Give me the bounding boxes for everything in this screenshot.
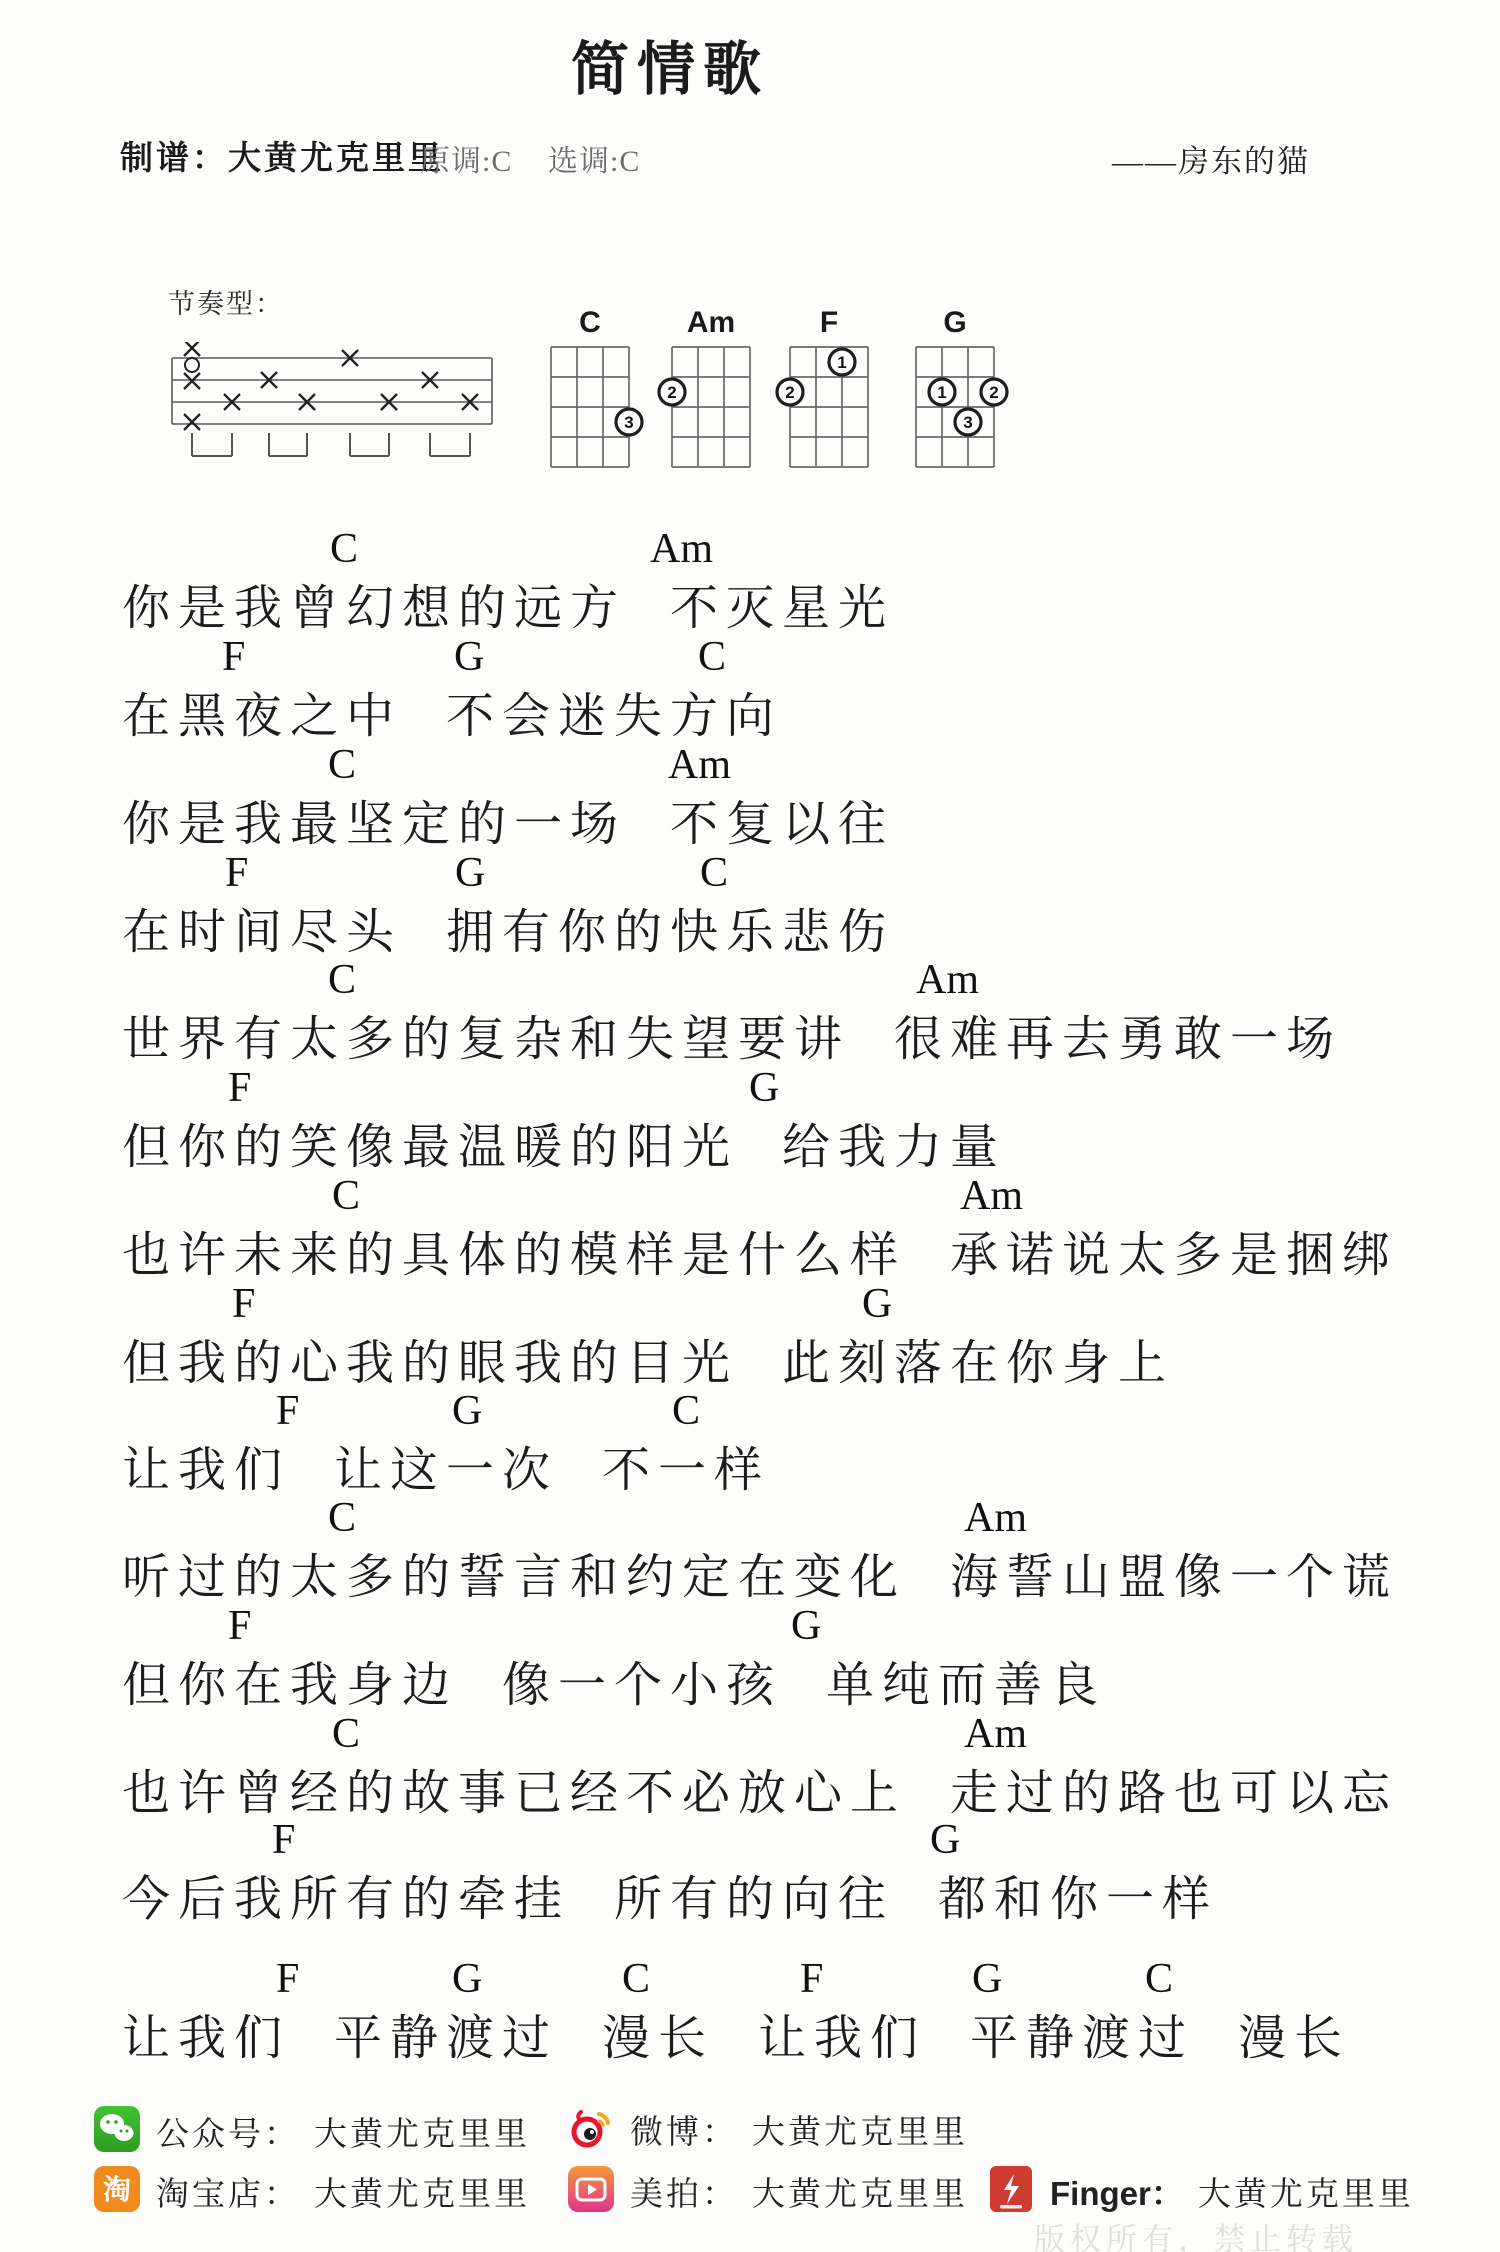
lyric-line-8: 但我的心我的眼我的目光 此刻落在你身上 bbox=[122, 1324, 1174, 1393]
footer-item-weibo: 微博：大黄尤克里里 bbox=[566, 2102, 968, 2157]
chord-diagram-F: F12 bbox=[770, 306, 895, 486]
footer-platform-label: 淘宝店： bbox=[156, 2177, 300, 2213]
lyric-line-4: 在时间尽头 拥有你的快乐悲伤 bbox=[122, 893, 894, 962]
taobao-icon: 淘 bbox=[92, 2164, 142, 2214]
footer-platform-label: 公众号： bbox=[156, 2117, 300, 2153]
finger-number: 1 bbox=[837, 353, 846, 372]
weibo-icon bbox=[566, 2102, 616, 2157]
meipai-icon bbox=[566, 2164, 616, 2214]
lyric-line-11: 但你在我身边 像一个小孩 单纯而善良 bbox=[122, 1646, 1106, 1715]
chord-diagram-Am: Am2 bbox=[652, 306, 777, 486]
chord-label: F bbox=[272, 1816, 295, 1864]
finger-icon bbox=[986, 2164, 1036, 2214]
chord-label: C bbox=[622, 1955, 650, 2003]
watermark: 版权所有，禁止转载 bbox=[1034, 2214, 1358, 2252]
footer-item-text: 美拍：大黄尤克里里 bbox=[630, 2168, 968, 2215]
chord-label: Am bbox=[650, 525, 713, 573]
chord-diagram-svg: F12 bbox=[770, 306, 895, 481]
finger-number: 2 bbox=[989, 383, 998, 402]
chord-label: G bbox=[452, 1955, 482, 2003]
footer-item-text: Finger：大黄尤克里里 bbox=[1050, 2168, 1414, 2215]
chord-label: F bbox=[222, 633, 245, 681]
chord-label: F bbox=[225, 849, 248, 897]
footer-item-text: 淘宝店：大黄尤克里里 bbox=[156, 2168, 530, 2215]
chord-label: G bbox=[930, 1816, 960, 1864]
lyric-line-14: 让我们 平静渡过 漫长 让我们 平静渡过 漫长 bbox=[122, 1999, 1350, 2068]
chord-label: F bbox=[232, 1280, 255, 1328]
wechat-icon bbox=[92, 2104, 142, 2159]
producer-credit: 制谱：大黄尤克里里 bbox=[120, 132, 444, 179]
chord-diagram-svg: C3 bbox=[531, 306, 656, 481]
chord-label: G bbox=[455, 849, 485, 897]
song-title: 简情歌 bbox=[0, 22, 1340, 106]
finger-number: 3 bbox=[624, 413, 633, 432]
chord-label: F bbox=[800, 1955, 823, 2003]
finger-icon bbox=[986, 2164, 1036, 2219]
chord-label: Am bbox=[668, 741, 731, 789]
chord-diagram-title: G bbox=[943, 306, 966, 339]
finger-number: 2 bbox=[667, 383, 676, 402]
chord-label: Am bbox=[964, 1710, 1027, 1758]
chord-label: C bbox=[700, 849, 728, 897]
artist-credit: ——房东的猫 bbox=[1112, 136, 1310, 181]
chord-diagram-svg: Am2 bbox=[652, 306, 777, 481]
chord-label: C bbox=[672, 1387, 700, 1435]
chord-label: G bbox=[862, 1280, 892, 1328]
chord-label: G bbox=[791, 1602, 821, 1650]
chord-label: G bbox=[452, 1387, 482, 1435]
finger-number: 1 bbox=[937, 383, 946, 402]
lyric-line-5: 世界有太多的复杂和失望要讲 很难再去勇敢一场 bbox=[122, 1000, 1342, 1069]
lyric-line-12: 也许曾经的故事已经不必放心上 走过的路也可以忘 bbox=[122, 1754, 1398, 1823]
chord-label: F bbox=[228, 1602, 251, 1650]
chord-sheet-page: 简情歌 制谱：大黄尤克里里 原调:C 选调:C ——房东的猫 节奏型： C3Am… bbox=[0, 0, 1500, 2252]
chord-label: F bbox=[228, 1064, 251, 1112]
lyric-line-2: 在黑夜之中 不会迷失方向 bbox=[122, 677, 782, 746]
chord-label: Am bbox=[960, 1172, 1023, 1220]
chord-label: C bbox=[330, 525, 358, 573]
footer-item-text: 公众号：大黄尤克里里 bbox=[156, 2108, 530, 2155]
footer-item-wechat: 公众号：大黄尤克里里 bbox=[92, 2104, 530, 2159]
rhythm-pattern-label: 节奏型： bbox=[168, 282, 284, 321]
footer-platform-label: 美拍： bbox=[630, 2177, 738, 2213]
svg-text:淘: 淘 bbox=[103, 2174, 131, 2206]
chord-label: G bbox=[454, 633, 484, 681]
chord-diagram-title: Am bbox=[687, 306, 735, 339]
chord-label: C bbox=[328, 956, 356, 1004]
footer-item-finger: Finger：大黄尤克里里 bbox=[986, 2164, 1414, 2219]
rhythm-staff-svg bbox=[170, 342, 500, 482]
chord-label: C bbox=[698, 633, 726, 681]
chord-diagram-title: C bbox=[579, 306, 601, 339]
rhythm-tab-staff bbox=[170, 342, 500, 487]
chord-diagram-C: C3 bbox=[531, 306, 656, 486]
lyric-line-10: 听过的太多的誓言和约定在变化 海誓山盟像一个谎 bbox=[122, 1538, 1398, 1607]
footer-item-meipai: 美拍：大黄尤克里里 bbox=[566, 2164, 968, 2219]
chord-label: Am bbox=[916, 956, 979, 1004]
footer-account-name: 大黄尤克里里 bbox=[752, 2115, 968, 2151]
chord-diagram-title: F bbox=[820, 306, 838, 339]
finger-number: 3 bbox=[963, 413, 972, 432]
footer-platform-label: Finger： bbox=[1050, 2175, 1184, 2212]
lyric-line-13: 今后我所有的牵挂 所有的向往 都和你一样 bbox=[122, 1860, 1218, 1929]
meipai-icon bbox=[566, 2164, 616, 2219]
chord-label: Am bbox=[964, 1494, 1027, 1542]
chord-diagram-G: G123 bbox=[896, 306, 1021, 486]
lyric-line-3: 你是我最坚定的一场 不复以往 bbox=[122, 785, 894, 854]
lyric-line-1: 你是我曾幻想的远方 不灭星光 bbox=[122, 569, 894, 638]
taobao-icon: 淘 bbox=[92, 2164, 142, 2219]
finger-number: 2 bbox=[785, 383, 794, 402]
chord-diagram-svg: G123 bbox=[896, 306, 1021, 481]
lyric-line-9: 让我们 让这一次 不一样 bbox=[122, 1431, 770, 1500]
chord-label: C bbox=[1145, 1955, 1173, 2003]
footer-item-taobao: 淘淘宝店：大黄尤克里里 bbox=[92, 2164, 530, 2219]
weibo-icon bbox=[566, 2102, 616, 2152]
footer-item-text: 微博：大黄尤克里里 bbox=[630, 2106, 968, 2153]
lyric-line-7: 也许未来的具体的模样是什么样 承诺说太多是捆绑 bbox=[122, 1216, 1398, 1285]
footer-account-name: 大黄尤克里里 bbox=[752, 2177, 968, 2213]
footer-account-name: 大黄尤克里里 bbox=[314, 2117, 530, 2153]
chord-label: C bbox=[328, 1494, 356, 1542]
chord-label: C bbox=[332, 1172, 360, 1220]
chord-label: C bbox=[332, 1710, 360, 1758]
footer-platform-label: 微博： bbox=[630, 2115, 738, 2151]
chord-label: F bbox=[276, 1955, 299, 2003]
footer-account-name: 大黄尤克里里 bbox=[1198, 2177, 1414, 2213]
chord-label: C bbox=[328, 741, 356, 789]
chord-label: G bbox=[749, 1064, 779, 1112]
wechat-icon bbox=[92, 2104, 142, 2154]
selected-key: 选调:C bbox=[548, 136, 640, 180]
chord-label: F bbox=[276, 1387, 299, 1435]
footer-account-name: 大黄尤克里里 bbox=[314, 2177, 530, 2213]
lyric-line-6: 但你的笑像最温暖的阳光 给我力量 bbox=[122, 1108, 1006, 1177]
original-key: 原调:C bbox=[420, 136, 512, 180]
chord-label: G bbox=[972, 1955, 1002, 2003]
